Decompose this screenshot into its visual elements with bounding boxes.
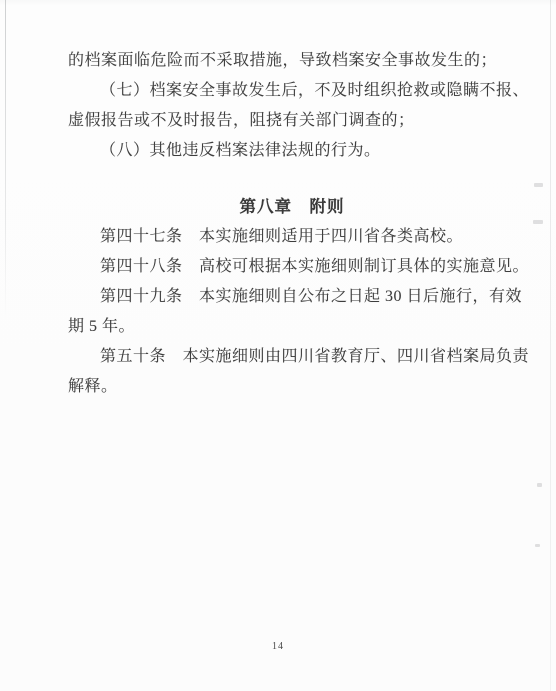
text-line: 解释。 — [68, 372, 494, 402]
scan-edge-line-left — [5, 0, 6, 320]
text-line: （七）档案安全事故发生后，不及时组织抢救或隐瞒不报、 — [68, 76, 494, 106]
scan-artifact-speck — [537, 483, 542, 487]
text-line: 第四十七条 本实施细则适用于四川省各类高校。 — [68, 222, 494, 252]
text-line: （八）其他违反档案法律法规的行为。 — [68, 136, 494, 166]
text-line: 的档案面临危险而不采取措施，导致档案安全事故发生的； — [68, 46, 494, 76]
document-page: 的档案面临危险而不采取措施，导致档案安全事故发生的； （七）档案安全事故发生后，… — [0, 0, 556, 691]
scan-artifact-speck — [535, 544, 540, 547]
document-body: 的档案面临危险而不采取措施，导致档案安全事故发生的； （七）档案安全事故发生后，… — [68, 46, 494, 402]
scan-artifact-speck — [534, 183, 543, 187]
page-number: 14 — [0, 641, 556, 652]
text-line: 期 5 年。 — [68, 312, 494, 342]
text-line: 虚假报告或不及时报告，阻挠有关部门调查的； — [68, 106, 494, 136]
text-line: 第五十条 本实施细则由四川省教育厅、四川省档案局负责 — [68, 342, 494, 372]
text-line: 第四十八条 高校可根据本实施细则制订具体的实施意见。 — [68, 252, 494, 282]
scan-edge-line-right — [550, 0, 551, 691]
chapter-heading: 第八章 附则 — [68, 192, 494, 222]
text-line: 第四十九条 本实施细则自公布之日起 30 日后施行，有效 — [68, 282, 494, 312]
scan-artifact-speck — [533, 220, 543, 224]
